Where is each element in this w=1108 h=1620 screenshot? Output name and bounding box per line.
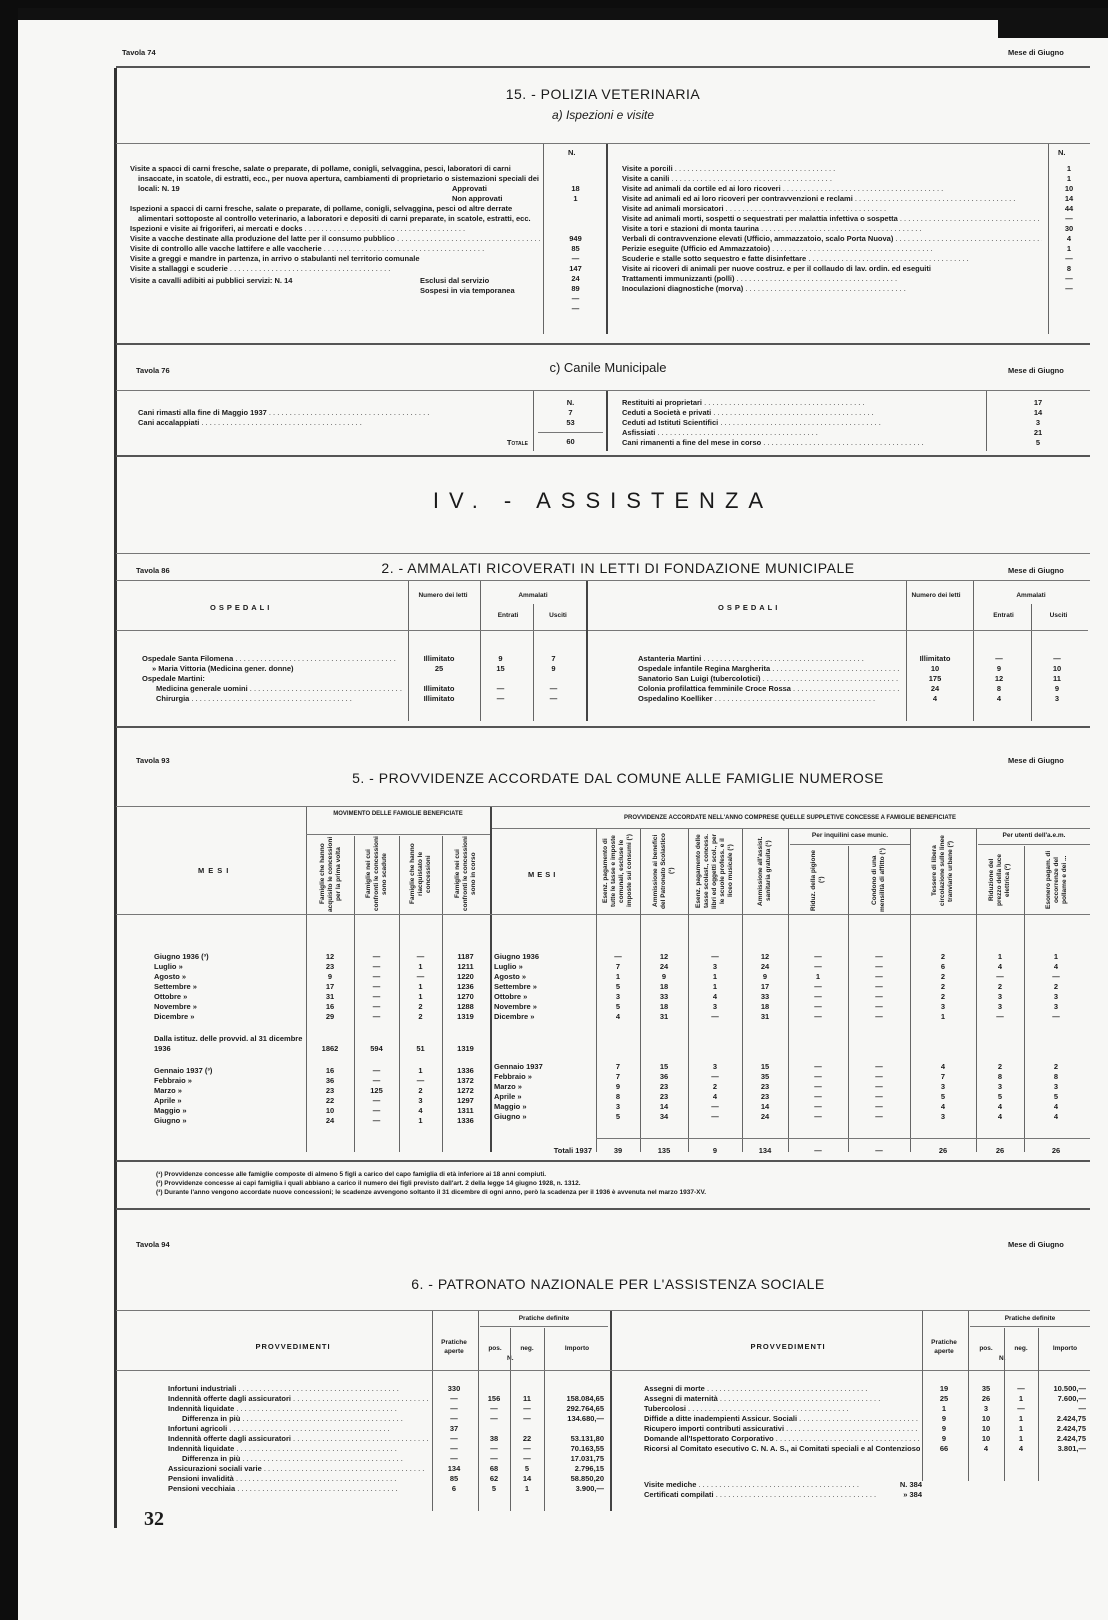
row-label: Ospedale infantile Regina Margherita [638, 664, 900, 674]
month-label: Maggio » [154, 1106, 306, 1116]
list-item: Visite a porcili [622, 164, 1042, 174]
cell-value: 1272 [442, 1086, 489, 1096]
scan-border-corner [998, 8, 1108, 38]
column-header: Esenz. pagamento delle tasse scolast., c… [695, 831, 735, 911]
cell-value: 2 [688, 1082, 742, 1092]
canile-right-list: Restituiti ai proprietari Ceduti a Socie… [622, 398, 982, 448]
cell-value: 3.801,— [1038, 1444, 1086, 1454]
cell-value: — [788, 992, 848, 1002]
cell-value: 38 [478, 1434, 510, 1444]
cell-value: 23 [742, 1082, 788, 1092]
list-item: Inoculazioni diagnostiche (morva) [622, 284, 1042, 294]
tavola-label: Tavola 86 [136, 566, 170, 576]
cell-value: 7 [538, 408, 603, 418]
cell-value: — [848, 1102, 910, 1112]
table-row: Giugno 1936 (³)12——1187 [154, 952, 490, 962]
table-row: Gennaio 1937 (³)16—11336 [154, 1066, 490, 1076]
divider [492, 828, 1090, 829]
row-label: Ospedale Martini: [142, 674, 404, 684]
cell-value [848, 1022, 910, 1062]
column-header: Numero dei letti [413, 591, 473, 600]
cell-value: 3 [1024, 1002, 1088, 1012]
cell-value: — [1052, 274, 1086, 284]
cell-value: — [478, 1454, 510, 1464]
cell-value: 1862 [306, 1044, 354, 1054]
cell-value: 1 [976, 952, 1024, 962]
table-row: Dalla istituz. delle provvid. al 31 dice… [154, 1034, 490, 1054]
cell-value: 3 [968, 1404, 1004, 1414]
row-label: Visite ad animali da cortile ed ai loro … [622, 184, 1042, 194]
cell-value: 10 [1052, 184, 1086, 194]
cell-value: 18 [640, 982, 688, 992]
divider [116, 806, 1090, 807]
provvidenze-left-rows: Giugno 1936 (³)12——1187Luglio »23—11211A… [154, 952, 490, 1126]
list-item: Visite ai ricoveri di animali per nuove … [622, 264, 1042, 274]
cell-value: 147 [548, 264, 603, 274]
column-header-cell: Esenz. pagamento di tutte le tasse e imp… [598, 831, 638, 911]
cell-value: 23 [640, 1082, 688, 1092]
list-item: Ceduti ad Istituti Scientifici [622, 418, 982, 428]
divider [116, 1310, 1090, 1311]
month-label: Marzo » [494, 1082, 596, 1092]
list-item: Asfissiati [622, 428, 982, 438]
table-row: Agosto »9——1220 [154, 972, 490, 982]
cell-value: — [354, 952, 399, 962]
cell-value: — [354, 982, 399, 992]
veterinaria-right-list: Visite a porcili Visite a canili Visite … [622, 164, 1042, 294]
row-label: Visite ad animali morsicatori [622, 204, 1042, 214]
month-label: Giugno » [494, 1112, 596, 1122]
cell-value: — [354, 1116, 399, 1126]
column-header: Numero dei letti [906, 591, 966, 600]
month-label: Dicembre » [154, 1012, 306, 1022]
cell-value: 3 [976, 992, 1024, 1002]
list-item: Visite ad animali da cortile ed ai loro … [622, 184, 1042, 194]
cell-value: 18 [640, 1002, 688, 1012]
table-row: Differenza in più———17.031,75 [168, 1454, 608, 1464]
cell-value: 9 [742, 972, 788, 982]
cell-value: 1 [596, 972, 640, 982]
cell-value: 35 [742, 1072, 788, 1082]
cell-value: 15 [742, 1062, 788, 1072]
cell-value: 2.796,15 [544, 1464, 604, 1474]
document-page: Tavola 74 Mese di Giugno 15. - POLIZIA V… [18, 8, 1108, 1620]
column-header: pos. [480, 1344, 510, 1353]
cell-value: 1288 [442, 1002, 489, 1012]
table-row: Ospedale infantile Regina Margherita1091… [638, 664, 1088, 674]
cell-value: — [430, 1414, 478, 1424]
table-row: Astanteria MartiniIllimitato—— [638, 654, 1088, 664]
col-n-header: N. [568, 148, 576, 158]
column-rule [986, 391, 987, 451]
list-item: Visite ad animali morsicatori [622, 204, 1042, 214]
cell-value: 1 [399, 982, 442, 992]
row-label: Infortuni agricoli [168, 1424, 430, 1434]
cell-value: 4 [900, 694, 970, 704]
cell-value [640, 1022, 688, 1062]
cell-value: — [1038, 1404, 1086, 1414]
month-label: Aprile » [154, 1096, 306, 1106]
month-label: Marzo » [154, 1086, 306, 1096]
cell-value: 175 [900, 674, 970, 684]
provvidenze-right-rows: Giugno 1936—12—12——211Luglio »724324——64… [494, 952, 1090, 1122]
row-label: Assegni di morte [644, 1384, 920, 1394]
tavola-label: Tavola 76 [136, 366, 170, 376]
cell-value: 1 [1004, 1434, 1038, 1444]
table-row: Dicembre »29—21319 [154, 1012, 490, 1022]
tavola-label: Tavola 94 [136, 1240, 170, 1250]
row-label: Differenza in più [168, 1414, 430, 1424]
cell-value: — [430, 1444, 478, 1454]
cell-value: 9 [640, 972, 688, 982]
column-header: Esonero pagam. di occorrenze del pollame… [1045, 848, 1069, 912]
cell-value: 4 [688, 992, 742, 1002]
total-value: 9 [688, 1146, 742, 1156]
cell-value: — [354, 992, 399, 1002]
cell-value: 3 [976, 1082, 1024, 1092]
cell-value: 11 [1028, 674, 1086, 684]
cell-value: 22 [510, 1434, 544, 1444]
cell-value: — [788, 962, 848, 972]
cell-value: 7 [596, 962, 640, 972]
cell-value: 24 [900, 684, 970, 694]
cell-value: 8 [970, 684, 1028, 694]
cell-value: 10 [968, 1424, 1004, 1434]
cell-value: — [976, 972, 1024, 982]
cell-value: 1270 [442, 992, 489, 1002]
cell-value: Illimitato [404, 654, 474, 664]
table-row: Aprile »22—31297 [154, 1096, 490, 1106]
column-header: MESI [528, 870, 558, 880]
patronato-left-rows: Infortuni industriali330Indennità offert… [168, 1384, 608, 1494]
divider [790, 844, 910, 845]
table-row: Infortuni industriali330 [168, 1384, 608, 1394]
row-label: Sanatorio San Luigi (tubercolotici) [638, 674, 900, 684]
divider [116, 1370, 1090, 1371]
month-label: Ottobre » [154, 992, 306, 1002]
divider [116, 1208, 1090, 1210]
month-label: Mese di Giugno [1008, 366, 1064, 376]
column-header: pos. [970, 1344, 1002, 1353]
cell-value: 1 [688, 972, 742, 982]
table-row: Ospedalino Koelliker443 [638, 694, 1088, 704]
column-header: Movimento delle famiglie beneficiate [308, 810, 488, 819]
cell-value: 4 [910, 1062, 976, 1072]
divider [116, 390, 1090, 391]
cell-value [910, 1022, 976, 1062]
cell-value: 8 [976, 1072, 1024, 1082]
cell-value: 36 [640, 1072, 688, 1082]
cell-value: 9 [474, 654, 527, 664]
cell-value: 7 [527, 654, 580, 664]
cell-value: — [848, 1002, 910, 1012]
column-header: Famiglie nei cui confronti le concession… [454, 836, 478, 912]
cell-value: 3 [910, 1112, 976, 1122]
list-item: Cani accalappiati [138, 418, 528, 428]
cell-value: 14 [510, 1474, 544, 1484]
column-rule [606, 144, 608, 334]
cell-value: 5 [1024, 1092, 1088, 1102]
cell-value: 156 [478, 1394, 510, 1404]
table-row: Pensioni vecchiaia6513.900,— [168, 1484, 608, 1494]
cell-value: 17 [1018, 398, 1058, 408]
row-label: Ispezioni a spacci di carni fresche, sal… [130, 204, 531, 223]
cell-value: 9 [920, 1424, 968, 1434]
cell-value: 1336 [442, 1066, 489, 1076]
cell-value: 24 [548, 274, 603, 284]
row-label: Asfissiati [622, 428, 982, 438]
cell-value: 1 [788, 972, 848, 982]
cell-value: 10.500,— [1038, 1384, 1086, 1394]
cell-value: 2 [910, 992, 976, 1002]
cell-value: 12 [640, 952, 688, 962]
cell-value: 23 [640, 1092, 688, 1102]
table-row: Novembre »518318——333 [494, 1002, 1090, 1012]
month-label: Agosto » [154, 972, 306, 982]
cell-value: 24 [742, 962, 788, 972]
divider [116, 630, 586, 631]
column-header-cell: Famiglie che hanno riacquistato le conce… [400, 836, 442, 912]
cell-value: — [848, 1082, 910, 1092]
column-header: Ammissione all'assist. sanitaria gratuit… [757, 831, 773, 911]
cell-value: — [430, 1454, 478, 1464]
row-label: Pensioni invalidità [168, 1474, 430, 1484]
cell-value: 31 [640, 1012, 688, 1022]
cell-value: 33 [742, 992, 788, 1002]
total-value: 26 [976, 1146, 1024, 1156]
canile-left-list: Cani rimasti alla fine di Maggio 1937 Ca… [138, 408, 528, 448]
column-header: Riduzione del prezzo della luce elettric… [988, 848, 1012, 912]
cell-value: 3 [910, 1082, 976, 1092]
cell-value: 5 [478, 1484, 510, 1494]
cell-value: — [548, 254, 603, 264]
cell-value: 1319 [442, 1044, 489, 1054]
divider [116, 1160, 1090, 1162]
list-item: Visite di controllo alle vacche lattifer… [130, 244, 540, 254]
patronato-extra: Visite medicheN. 384 Certificati compila… [644, 1480, 922, 1500]
cell-value: 1 [399, 992, 442, 1002]
cell-value: 4 [1004, 1444, 1038, 1454]
cell-value: — [430, 1434, 478, 1444]
column-header: Per inquilini case munic. [790, 831, 910, 840]
month-label: Novembre » [494, 1002, 596, 1012]
cell-value: 62 [478, 1474, 510, 1484]
cell-value: — [970, 654, 1028, 664]
cell-value: 9 [920, 1434, 968, 1444]
cell-value: 7 [910, 1072, 976, 1082]
cell-value: 6 [430, 1484, 478, 1494]
cell-value: 85 [548, 244, 603, 254]
cell-value: — [478, 1444, 510, 1454]
row-label: Visite a vacche destinate alla produzion… [130, 234, 540, 244]
table-row: Giugno 1936—12—12——211 [494, 952, 1090, 962]
table-row: Ottobre »31—11270 [154, 992, 490, 1002]
list-item: Certificati compilati» 384 [644, 1490, 922, 1500]
cell-value: — [1004, 1404, 1038, 1414]
column-rule [490, 807, 492, 1152]
list-item: Visite a cavalli adibiti ai pubblici ser… [130, 276, 540, 296]
row-label: Ricupero importi contributi assicurativi [644, 1424, 920, 1434]
cell-value: 3 [910, 1002, 976, 1012]
cell-value: 2 [399, 1086, 442, 1096]
column-header-cell: Tessere di libera circolazione sulle lin… [912, 831, 974, 911]
table-row: Indennità offerte dagli assicuratori—382… [168, 1434, 608, 1444]
cell-value: 36 [306, 1076, 354, 1086]
table-row: Medicina generale uominiIllimitato—— [142, 684, 582, 694]
cell-value: 8 [1024, 1072, 1088, 1082]
table-row: Settembre »518117——222 [494, 982, 1090, 992]
row-label: Certificati compilati [644, 1490, 903, 1500]
cell-value: 2 [976, 982, 1024, 992]
table-row: Indennità offerte dagli assicuratori—156… [168, 1394, 608, 1404]
cell-value: — [788, 952, 848, 962]
cell-value: 53.131,80 [544, 1434, 604, 1444]
month-label: Mese di Giugno [1008, 756, 1064, 766]
cell-value: 10 [1028, 664, 1086, 674]
table-row: Infortuni agricoli37 [168, 1424, 608, 1434]
row-label: » Maria Vittoria (Medicina gener. donne) [142, 664, 404, 674]
cell-value: 125 [354, 1086, 399, 1096]
table-row: Diffide a ditte inadempienti Assicur. So… [644, 1414, 1090, 1424]
row-label: Tubercolosi [644, 1404, 920, 1414]
cell-value: 1 [1004, 1394, 1038, 1404]
cell-value: 6 [910, 962, 976, 972]
cell-value: 5 [596, 1112, 640, 1122]
column-header: MESI [198, 866, 232, 876]
cell-value: 134 [430, 1464, 478, 1474]
table-row: Ottobre »333433——233 [494, 992, 1090, 1002]
cell-value: 25 [920, 1394, 968, 1404]
totals-label: Totali 1937 [494, 1146, 596, 1156]
column-header: Ammalati [483, 591, 583, 600]
cell-value: — [510, 1454, 544, 1464]
table-row: Assegni di morte1935—10.500,— [644, 1384, 1090, 1394]
cell-value: 23 [742, 1092, 788, 1102]
cell-value: — [788, 1062, 848, 1072]
cell-value: 2.424,75 [1038, 1414, 1086, 1424]
month-label: Dicembre » [494, 1012, 596, 1022]
tavola-label: Tavola 74 [122, 48, 156, 58]
cell-value: 31 [306, 992, 354, 1002]
cell-value: 330 [430, 1384, 478, 1394]
cell-value: 8 [596, 1092, 640, 1102]
cell-value: 4 [688, 1092, 742, 1102]
column-header: Famiglie che hanno acquisito le concessi… [319, 836, 343, 912]
cell-value: 2 [976, 1062, 1024, 1072]
divider [116, 914, 1090, 915]
cell-value: — [788, 1012, 848, 1022]
month-label: Febbraio » [494, 1072, 596, 1082]
cell-value: 12 [970, 674, 1028, 684]
table-row: Novembre »16—21288 [154, 1002, 490, 1012]
table-row: Ospedale Santa FilomenaIllimitato97 [142, 654, 582, 664]
row-label: Visite a stallaggi e scuderie [130, 264, 540, 274]
sub-label: Non approvati [460, 194, 540, 204]
list-item: Ceduti a Società e privati [622, 408, 982, 418]
cell-value: — [688, 1112, 742, 1122]
veterinaria-title: 15. - POLIZIA VETERINARIA [118, 86, 1088, 102]
cell-value: — [788, 1102, 848, 1112]
cell-value: — [1024, 972, 1088, 982]
canile-right-values: 17 14 3 21 5 [1018, 398, 1058, 448]
cell-value: — [788, 1092, 848, 1102]
total-value: — [788, 1146, 848, 1156]
table-row: Differenza in più———134.680,— [168, 1414, 608, 1424]
cell-value: 4 [976, 962, 1024, 972]
cell-value: 24 [640, 962, 688, 972]
cell-value: — [788, 1082, 848, 1092]
cell-value: 5 [510, 1464, 544, 1474]
cell-value: 4 [1024, 962, 1088, 972]
list-item: Visite a vacche destinate alla produzion… [130, 234, 540, 244]
cell-value: — [399, 952, 442, 962]
cell-value: — [399, 972, 442, 982]
divider [116, 66, 1090, 68]
total-value: 60 [538, 437, 603, 447]
row-label: Verbali di contravvenzione elevati (Uffi… [622, 234, 1042, 244]
cell-value: — [1004, 1384, 1038, 1394]
divider [116, 455, 1090, 457]
cell-value: 9 [1028, 684, 1086, 694]
cell-value [596, 1022, 640, 1062]
cell-value: 34 [640, 1112, 688, 1122]
cell-value: 292.764,65 [544, 1404, 604, 1414]
list-item: Cani rimanenti a fine del mese in corso [622, 438, 982, 448]
cell-value: 1 [1052, 174, 1086, 184]
cell-value: 1297 [442, 1096, 489, 1106]
row-label: Ospedalino Koelliker [638, 694, 900, 704]
month-label: Luglio » [494, 962, 596, 972]
list-item: Verbali di contravvenzione elevati (Uffi… [622, 234, 1042, 244]
row-label: Pensioni vecchiaia [168, 1484, 430, 1494]
footnote: (¹) Provvidenze concesse alle famiglie c… [156, 1170, 1086, 1179]
cell-value: 2 [1024, 982, 1088, 992]
cell-value: — [688, 1072, 742, 1082]
row-label: Infortuni industriali [168, 1384, 430, 1394]
cell-value: Illimitato [404, 684, 474, 694]
column-header: OSPEDALI [718, 603, 780, 613]
cell-value: 4 [910, 1102, 976, 1112]
cell-value: — [688, 1012, 742, 1022]
column-rule [1048, 144, 1049, 334]
row-label: Chirurgia [142, 694, 404, 704]
list-item: Scuderie e stalle sotto sequestro e fatt… [622, 254, 1042, 264]
cell-value: 19 [920, 1384, 968, 1394]
cell-value: 1 [399, 1116, 442, 1126]
divider [978, 844, 1090, 845]
cell-value: 594 [354, 1044, 399, 1054]
cell-value: 1220 [442, 972, 489, 982]
cell-value: 85 [430, 1474, 478, 1484]
cell-value: 10 [900, 664, 970, 674]
column-header-cell: Esonero pagam. di occorrenze del pollame… [1026, 848, 1088, 912]
totals-row: Totali 1937391359134——262626 [494, 1146, 1090, 1156]
table-row: Maggio »314—14——444 [494, 1102, 1090, 1112]
table-row: Dicembre »431—31——1—— [494, 1012, 1090, 1022]
table-row: Marzo »923223——333 [494, 1082, 1090, 1092]
divider [480, 1326, 608, 1327]
row-label: Assegni di maternità [644, 1394, 920, 1404]
cell-value: — [1052, 284, 1086, 294]
cell-value: 3 [1024, 1082, 1088, 1092]
table-row: Ricupero importi contributi assicurativi… [644, 1424, 1090, 1434]
table-row [494, 1022, 1090, 1062]
cell-value: 949 [548, 234, 603, 244]
row-label: Perizie eseguite (Ufficio ed Ammazzatoio… [622, 244, 1042, 254]
cell-value: — [848, 952, 910, 962]
cell-value: — [848, 1112, 910, 1122]
veterinaria-left-list: Visite a spacci di carni fresche, salate… [130, 164, 540, 296]
